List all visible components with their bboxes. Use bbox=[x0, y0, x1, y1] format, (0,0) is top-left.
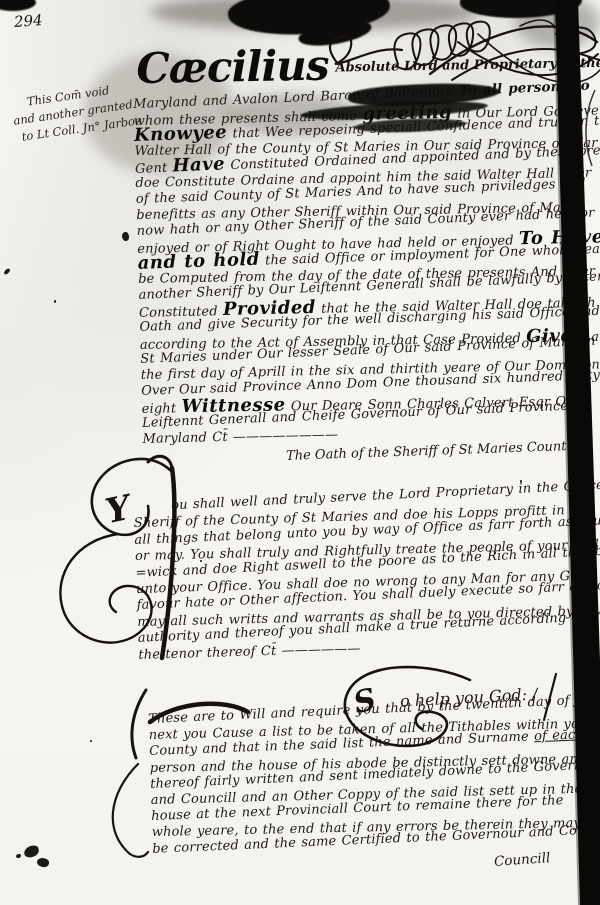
manuscript-page: 294 f This Com̄ void and another granted… bbox=[0, 0, 600, 905]
ink-speck bbox=[3, 268, 11, 276]
ink-speck bbox=[36, 856, 50, 869]
commission-paragraph: Maryland and Avalon Lord Baron of Baltem… bbox=[133, 83, 600, 448]
ink-speck bbox=[121, 231, 131, 242]
ink-speck bbox=[23, 844, 40, 859]
ink-speck bbox=[200, 560, 202, 562]
heading-initial-word: Cæcilius bbox=[136, 47, 329, 88]
manuscript-text-segment: Maryland Ct̄ ———————— bbox=[142, 427, 338, 446]
oath-drop-initial: Y bbox=[102, 488, 134, 532]
oath-paragraph: ou shall well and truly serve the Lord P… bbox=[133, 483, 600, 664]
manuscript-text-segment: Have bbox=[172, 153, 225, 176]
ink-speck bbox=[520, 480, 522, 483]
page-number: 294 bbox=[13, 11, 43, 31]
tithables-paragraph: These are to Will and require you that b… bbox=[148, 697, 600, 857]
ink-speck bbox=[54, 300, 56, 303]
catchword: Councill bbox=[494, 850, 551, 870]
manuscript-text-segment: of each tithab bbox=[534, 726, 600, 745]
ink-blot bbox=[0, 0, 36, 11]
ink-speck bbox=[16, 854, 21, 858]
ink-speck bbox=[90, 740, 92, 742]
